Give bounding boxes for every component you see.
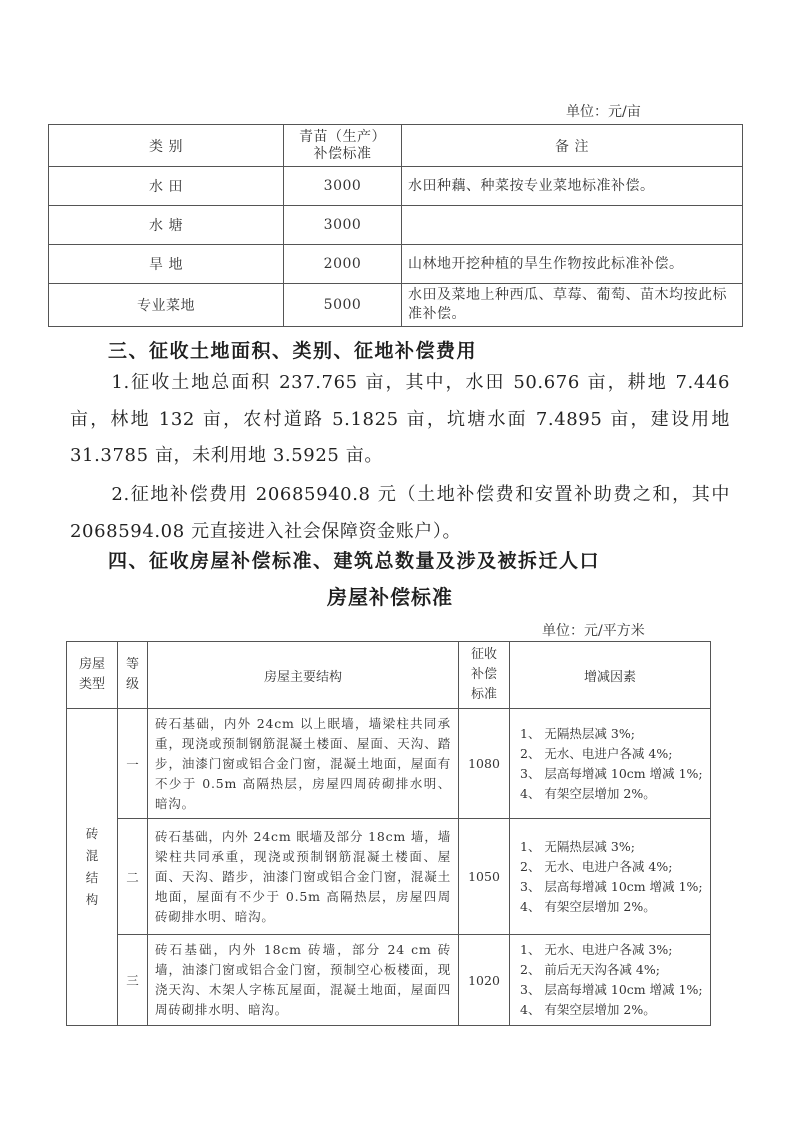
header-grade: 等 级	[118, 642, 148, 709]
header-structure: 房屋主要结构	[148, 642, 459, 709]
price-cell: 1050	[459, 819, 510, 935]
header-house-type-line1: 房屋	[67, 655, 117, 675]
table-row: 水 塘 3000	[49, 206, 743, 245]
table-row: 水 田 3000 水田种藕、种菜按专业菜地标准补偿。	[49, 167, 743, 206]
house-type-char: 混	[67, 845, 117, 867]
factors-cell: 1、 无水、电进户各减 3%; 2、 前后无天沟各减 4%; 3、 层高每增减 …	[510, 935, 711, 1026]
factors-cell: 1、 无隔热层减 3%; 2、 无水、电进户各减 4%; 3、 层高每增减 10…	[510, 819, 711, 935]
grade-cell: 二	[118, 819, 148, 935]
factor-item: 4、 有架空层增加 2%。	[520, 784, 704, 804]
remarks-cell	[402, 206, 743, 245]
factor-item: 4、 有架空层增加 2%。	[520, 897, 704, 917]
house-type-char: 结	[67, 867, 117, 889]
header-standard: 青苗（生产） 补偿标准	[284, 125, 402, 167]
category-cell: 水 田	[49, 167, 284, 206]
factor-item: 2、 无水、电进户各减 4%;	[520, 744, 704, 764]
section-3-paragraph-1: 1.征收土地总面积 237.765 亩，其中，水田 50.676 亩，耕地 7.…	[70, 365, 730, 475]
price-cell: 1080	[459, 709, 510, 819]
factors-cell: 1、 无隔热层减 3%; 2、 无水、电进户各减 4%; 3、 层高每增减 10…	[510, 709, 711, 819]
house-table-unit: 单位：元/平方米	[542, 620, 645, 640]
structure-cell: 砖石基础，内外 18cm 砖墙，部分 24 cm 砖墙，油漆门窗或铝合金门窗，预…	[148, 935, 459, 1026]
table-row: 砖 混 结 构 一 砖石基础，内外 24cm 以上眠墙，墙梁柱共同承重，现浇或预…	[67, 709, 711, 819]
section-4-heading: 四、征收房屋补偿标准、建筑总数量及涉及被拆迁人口	[108, 546, 600, 573]
factor-item: 2、 无水、电进户各减 4%;	[520, 857, 704, 877]
structure-cell: 砖石基础，内外 24cm 眠墙及部分 18cm 墙，墙梁柱共同承重，现浇或预制钢…	[148, 819, 459, 935]
factor-item: 1、 无隔热层减 3%;	[520, 724, 704, 744]
header-house-type-line2: 类型	[67, 675, 117, 695]
section-3-paragraph-2: 2.征地补偿费用 20685940.8 元（土地补偿费和安置补助费之和，其中 2…	[70, 477, 730, 550]
header-price: 征收 补偿 标准	[459, 642, 510, 709]
grade-cell: 一	[118, 709, 148, 819]
seedling-table-unit: 单位：元/亩	[566, 101, 641, 121]
price-cell: 1020	[459, 935, 510, 1026]
standard-cell: 3000	[284, 206, 402, 245]
header-factors: 增减因素	[510, 642, 711, 709]
house-type-char: 砖	[67, 823, 117, 845]
table-row: 专业菜地 5000 水田及菜地上种西瓜、草莓、葡萄、苗木均按此标准补偿。	[49, 284, 743, 327]
header-standard-line2: 补偿标准	[284, 146, 401, 163]
house-table-title: 房屋补偿标准	[0, 581, 780, 610]
house-compensation-table: 房屋 类型 等 级 房屋主要结构 征收 补偿 标准 增减因素 砖 混 结 构 一…	[66, 641, 711, 1026]
seedling-compensation-table: 类 别 青苗（生产） 补偿标准 备 注 水 田 3000 水田种藕、种菜按专业菜…	[48, 124, 743, 327]
table-row: 旱 地 2000 山林地开挖种植的旱生作物按此标准补偿。	[49, 245, 743, 284]
factor-item: 2、 前后无天沟各减 4%;	[520, 960, 704, 980]
header-house-type: 房屋 类型	[67, 642, 118, 709]
header-grade-line1: 等	[118, 655, 147, 675]
factor-item: 1、 无水、电进户各减 3%;	[520, 940, 704, 960]
standard-cell: 2000	[284, 245, 402, 284]
header-category: 类 别	[49, 125, 284, 167]
table-header-row: 类 别 青苗（生产） 补偿标准 备 注	[49, 125, 743, 167]
remarks-cell: 水田种藕、种菜按专业菜地标准补偿。	[402, 167, 743, 206]
house-type-char: 构	[67, 889, 117, 911]
header-price-line2: 补偿	[459, 665, 509, 685]
header-remarks: 备 注	[402, 125, 743, 167]
table-header-row: 房屋 类型 等 级 房屋主要结构 征收 补偿 标准 增减因素	[67, 642, 711, 709]
category-cell: 水 塘	[49, 206, 284, 245]
section-3-heading: 三、征收土地面积、类别、征地补偿费用	[108, 336, 477, 363]
remarks-cell: 山林地开挖种植的旱生作物按此标准补偿。	[402, 245, 743, 284]
house-type-cell: 砖 混 结 构	[67, 709, 118, 1026]
standard-cell: 3000	[284, 167, 402, 206]
header-grade-line2: 级	[118, 675, 147, 695]
grade-cell: 三	[118, 935, 148, 1026]
category-cell: 旱 地	[49, 245, 284, 284]
factor-item: 3、 层高每增减 10cm 增减 1%;	[520, 764, 704, 784]
factor-item: 3、 层高每增减 10cm 增减 1%;	[520, 877, 704, 897]
header-standard-line1: 青苗（生产）	[284, 129, 401, 146]
remarks-cell: 水田及菜地上种西瓜、草莓、葡萄、苗木均按此标准补偿。	[402, 284, 743, 327]
table-row: 三 砖石基础，内外 18cm 砖墙，部分 24 cm 砖墙，油漆门窗或铝合金门窗…	[67, 935, 711, 1026]
category-cell: 专业菜地	[49, 284, 284, 327]
factor-item: 3、 层高每增减 10cm 增减 1%;	[520, 980, 704, 1000]
standard-cell: 5000	[284, 284, 402, 327]
factor-item: 1、 无隔热层减 3%;	[520, 837, 704, 857]
structure-cell: 砖石基础，内外 24cm 以上眠墙，墙梁柱共同承重，现浇或预制钢筋混凝土楼面、屋…	[148, 709, 459, 819]
header-price-line1: 征收	[459, 645, 509, 665]
header-price-line3: 标准	[459, 685, 509, 705]
table-row: 二 砖石基础，内外 24cm 眠墙及部分 18cm 墙，墙梁柱共同承重，现浇或预…	[67, 819, 711, 935]
factor-item: 4、 有架空层增加 2%。	[520, 1000, 704, 1020]
